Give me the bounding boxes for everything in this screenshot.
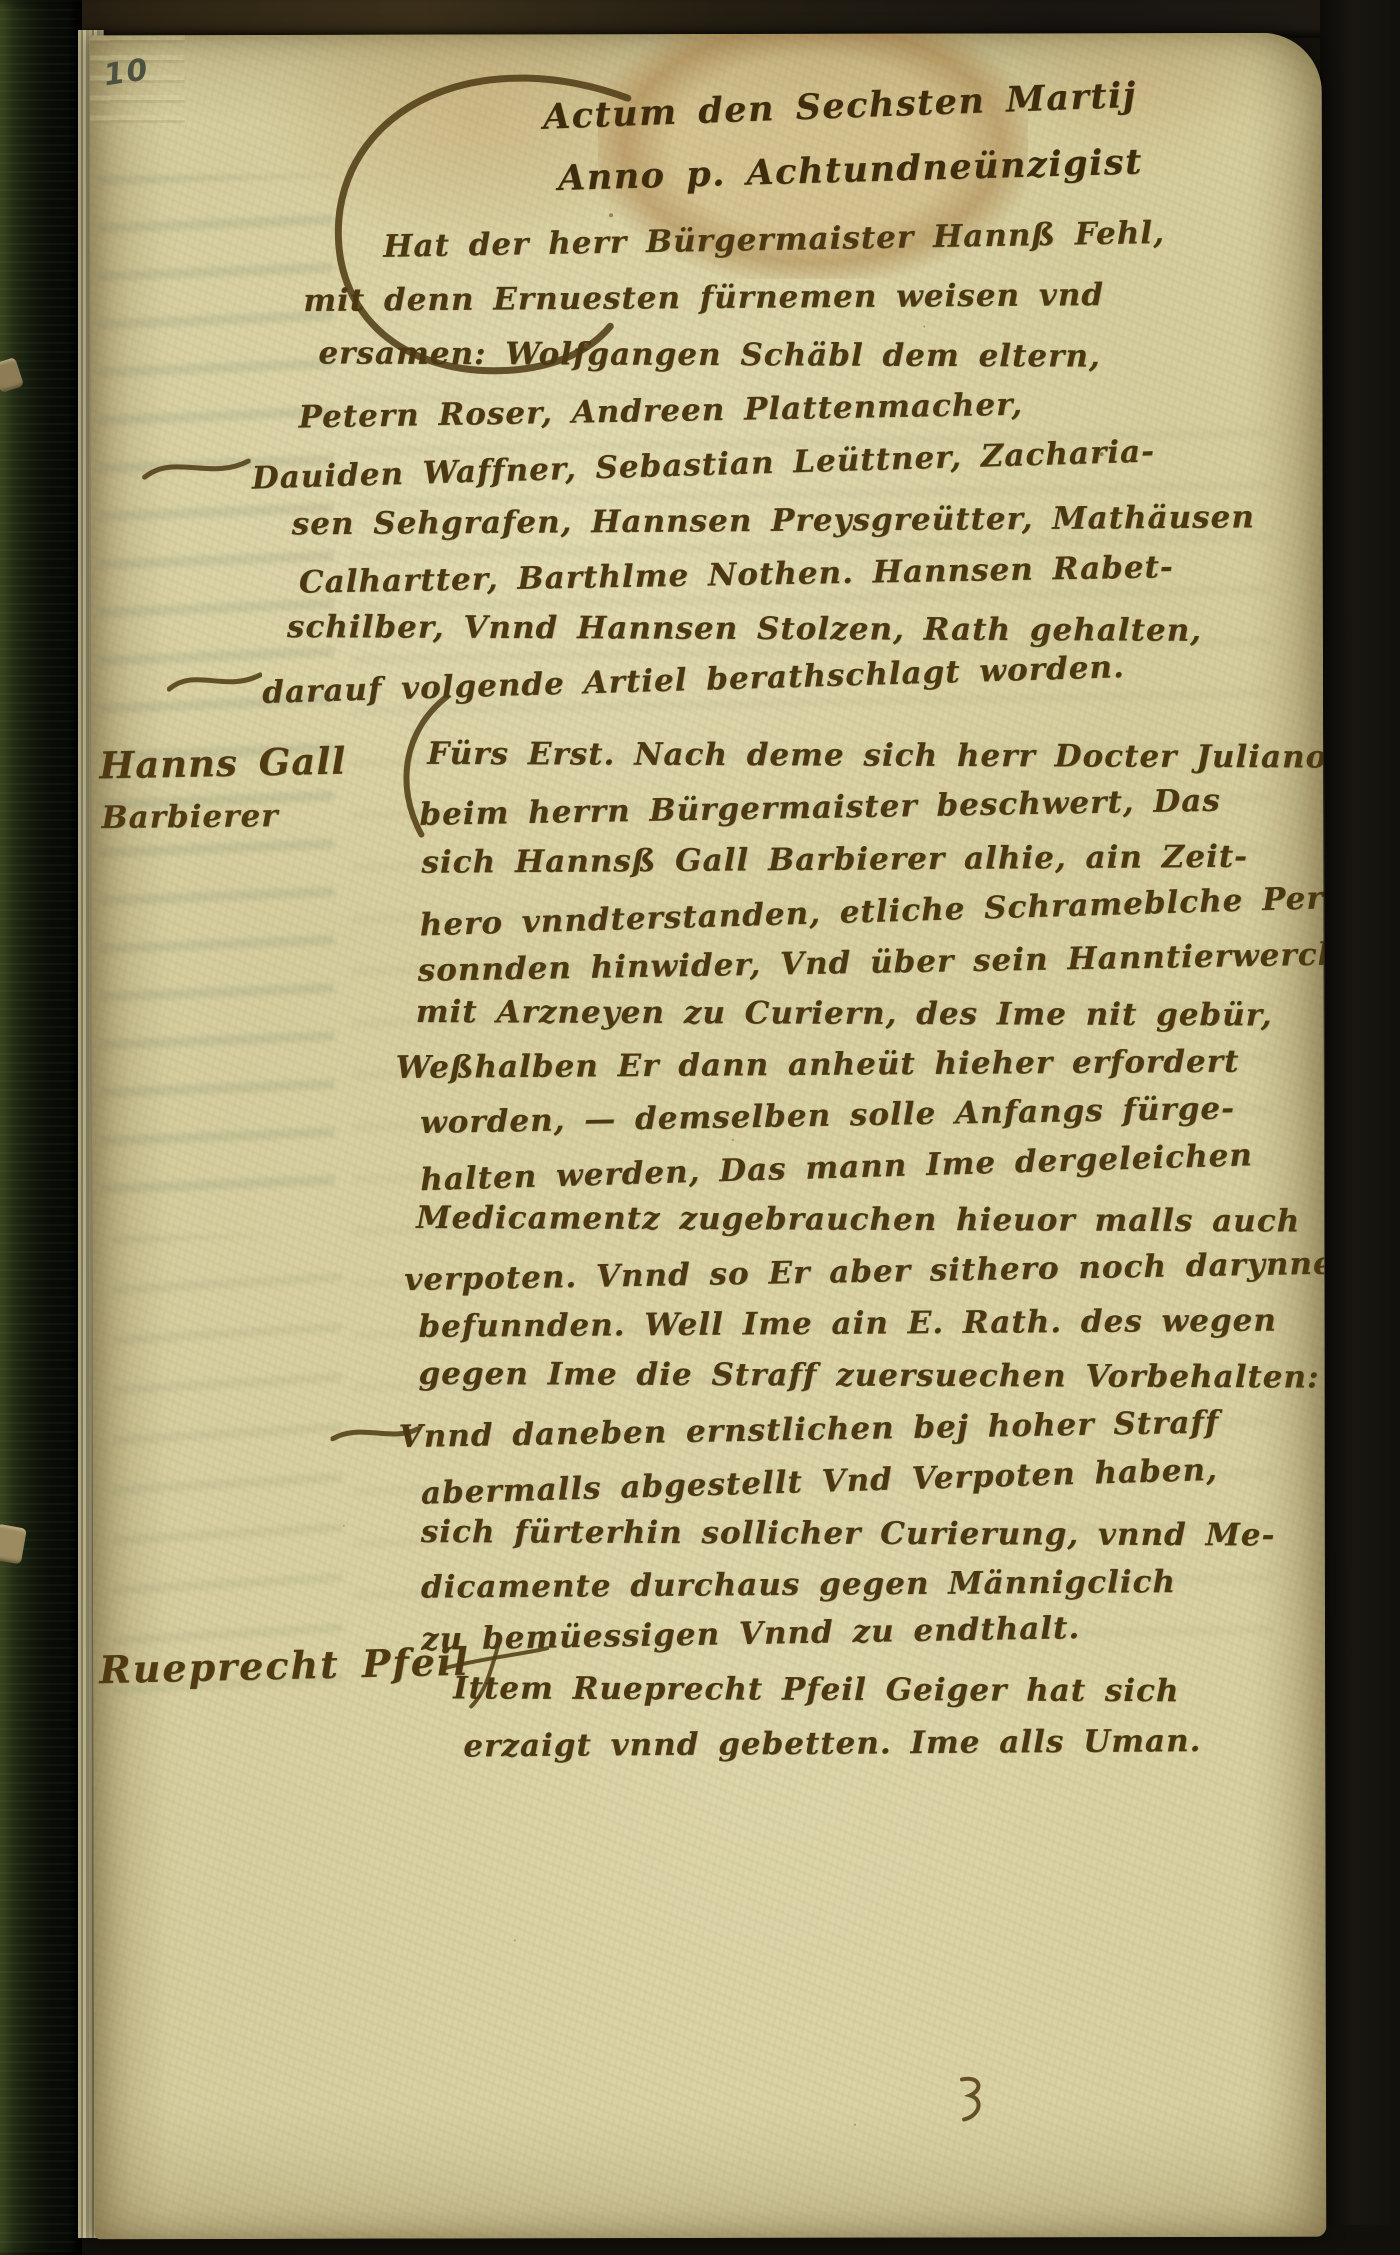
text-line: Medicamentz zugebrauchen hieuor malls au… [416, 1200, 1300, 1240]
margin-note-hanns-gall: Hanns Gall [99, 739, 347, 788]
text-line: mit denn Ernuesten fürnemen weisen vnd [303, 277, 1104, 319]
line-swash-flourish [167, 665, 262, 699]
text-line: Ittem Rueprecht Pfeil Geiger hat sich [453, 1670, 1179, 1709]
text-line: zu bemüessigen Vnnd zu endthalt. [421, 1610, 1081, 1658]
text-line: halten werden, Das mann Ime dergeleichen [420, 1137, 1254, 1198]
heading-line: Anno p. Achtundneünzigist [558, 141, 1144, 199]
text-line: worden, — demselben solle Anfangs fürge- [420, 1090, 1236, 1141]
manuscript-photo: 10 Actum den Sechsten Martij Anno p. Ach… [0, 0, 1400, 2255]
text-line: sonnden hinwider, Vnd über sein Hanntier… [417, 936, 1326, 988]
margin-note-barbierer: Barbierer [101, 798, 279, 836]
text-line: sich Hannsß Gall Barbierer alhie, ain Ze… [421, 839, 1248, 881]
fly-specks [90, 35, 92, 37]
margin-note-rueprecht-pfeil: Rueprecht Pfeil [99, 1639, 471, 1693]
text-line: mit Arzneyen zu Curiern, des Ime nit geb… [416, 994, 1273, 1033]
heading-line: Actum den Sechsten Martij [542, 75, 1137, 138]
text-line: schilber, Vnnd Hannsen Stolzen, Rath geh… [287, 609, 1202, 649]
text-line: Vnnd daneben ernstlichen bej hoher Straf… [398, 1404, 1219, 1455]
text-line: dicamente durchaus gegen Männigclich [421, 1564, 1176, 1606]
text-line: erzaigt vnnd gebetten. Ime alls Uman. [463, 1723, 1201, 1764]
text-line: beim herrn Bürgermaister beschwert, Das [419, 783, 1221, 833]
book-cover-right-edge [1320, 0, 1400, 2255]
binding-cord-upper [0, 357, 24, 393]
bottom-ink-squiggle [954, 2073, 990, 2123]
text-line: verpoten. Vnnd so Er aber sithero noch d… [404, 1245, 1326, 1298]
ink-bleedthrough [112, 1235, 343, 1695]
text-line: Calhartter, Barthlme Nothen. Hannsen Rab… [299, 549, 1174, 601]
text-line: abermalls abgestellt Vnd Verpoten haben, [420, 1452, 1218, 1512]
text-line: Fürs Erst. Nach deme sich herr Docter Ju… [427, 736, 1326, 776]
manuscript-page: 10 Actum den Sechsten Martij Anno p. Ach… [90, 33, 1327, 2240]
text-line: sen Sehgrafen, Hannsen Preysgreütter, Ma… [292, 499, 1255, 542]
text-line: darauf volgende Artiel berathschlagt wor… [262, 649, 1126, 711]
text-line: Hat der herr Bürgermaister Hannß Fehl, [383, 215, 1165, 265]
page-number: 10 [102, 52, 152, 93]
text-line: sich fürterhin sollicher Curierung, vnnd… [421, 1514, 1276, 1553]
binding-cord-lower [0, 1524, 27, 1565]
text-line: hero vnndterstanden, etliche Schrameblch… [419, 880, 1326, 944]
line-swash-flourish [141, 451, 251, 487]
text-line: Petern Roser, Andreen Plattenmacher, [298, 387, 1023, 436]
book-spine-binding [0, 0, 82, 2255]
text-line: ersamen: Wolfgangen Schäbl dem eltern, [318, 335, 1100, 374]
water-stain [268, 38, 688, 244]
text-line: Weßhalben Er dann anheüt hieher erforder… [396, 1044, 1240, 1086]
text-line: Dauiden Waffner, Sebastian Leüttner, Zac… [251, 433, 1155, 496]
text-line: gegen Ime die Straff zuersuechen Vorbeha… [418, 1356, 1319, 1396]
text-line: befunnden. Well Ime ain E. Rath. des weg… [418, 1303, 1277, 1345]
